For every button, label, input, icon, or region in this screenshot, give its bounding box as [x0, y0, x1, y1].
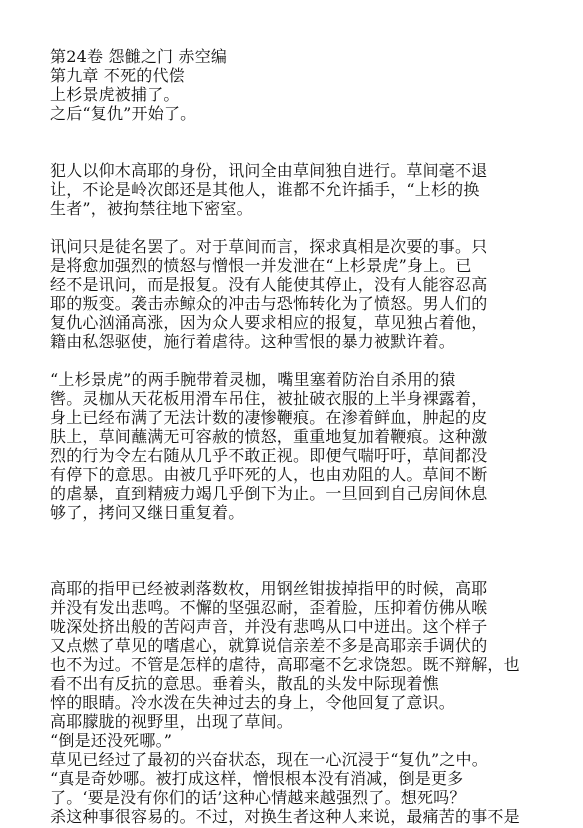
- text-line: 了。‘要是没有你们的话’这种心情越来越强烈了。想死吗？: [50, 788, 570, 807]
- text-line: 籍由私怨驱使，施行着虐待。这种雪恨的暴力被默许着。: [50, 332, 570, 351]
- text-line: 高耶朦胧的视野里，出现了草间。: [50, 712, 570, 731]
- text-line: 够了，拷问又继日重复着。: [50, 503, 570, 522]
- text-line: 犯人以仰木高耶的身份，讯问全由草间独自进行。草间毫不退: [50, 161, 570, 180]
- text-line: 经不是讯问，而是报复。没有人能使其停止，没有人能容忍高: [50, 275, 570, 294]
- text-line: 也不为过。不管是怎样的虐待，高耶毫不乞求饶恕。既不辩解，也: [50, 655, 570, 674]
- text-line: 耶的叛变。袭击赤鲸众的冲击与恐怖转化为了愤怒。男人们的: [50, 294, 570, 313]
- text-line: 辔。灵枷从天花板用滑车吊住，被扯破衣服的上半身裸露着，: [50, 389, 570, 408]
- spacer: [50, 218, 570, 237]
- text-line: 并没有发出悲鸣。不懈的坚强忍耐，歪着脸，压抑着仿佛从喉: [50, 598, 570, 617]
- text-line: 复仇心汹涌高涨，因为众人要求相应的报复，草见独占着他，: [50, 313, 570, 332]
- text-line: 让，不论是岭次郎还是其他人，谁都不允许插手，“上杉的换: [50, 180, 570, 199]
- text-line: 悴的眼睛。冷水泼在失神过去的身上，令他回复了意识。: [50, 693, 570, 712]
- intro-line: 上杉景虎被捕了。: [50, 85, 570, 104]
- text-line: 又点燃了草见的嗜虐心，就算说信亲差不多是高耶亲手调伏的: [50, 636, 570, 655]
- text-line: 烈的行为令左右随从几乎不敢正视。即便气喘吁吁，草间都没: [50, 446, 570, 465]
- intro-line: 之后“复仇”开始了。: [50, 104, 570, 123]
- paragraph-1: 犯人以仰木高耶的身份，讯问全由草间独自进行。草间毫不退 让，不论是岭次郎还是其他…: [50, 161, 570, 218]
- text-line: “上杉景虎”的两手腕带着灵枷，嘴里塞着防治自杀用的猿: [50, 370, 570, 389]
- text-line: 是将愈加强烈的愤怒与憎恨一并发泄在“上杉景虎”身上。已: [50, 256, 570, 275]
- spacer: [50, 123, 570, 161]
- text-line: 杀这种事很容易的。不过，对换生者这种人来说，最痛苦的事不是: [50, 807, 570, 826]
- chapter-title: 第九章 不死的代偿: [50, 66, 570, 85]
- text-line: 草见已经过了最初的兴奋状态，现在一心沉浸于“复仇”之中。: [50, 750, 570, 769]
- text-line: “真是奇妙哪。被打成这样，憎恨根本没有消减，倒是更多: [50, 769, 570, 788]
- text-line: 讯问只是徒名罢了。对于草间而言，探求真相是次要的事。只: [50, 237, 570, 256]
- text-line: 的虐暴，直到精疲力竭几乎倒下为止。一旦回到自己房间休息: [50, 484, 570, 503]
- paragraph-4: 高耶的指甲已经被剥落数枚，用钢丝钳拔掉指甲的时候，高耶 并没有发出悲鸣。不懈的坚…: [50, 579, 570, 826]
- text-line: “倒是还没死哪。”: [50, 731, 570, 750]
- text-line: 高耶的指甲已经被剥落数枚，用钢丝钳拔掉指甲的时候，高耶: [50, 579, 570, 598]
- text-line: 生者”，被拘禁往地下密室。: [50, 199, 570, 218]
- text-line: 有停下的意思。由被几乎吓死的人，也由劝阻的人。草间不断: [50, 465, 570, 484]
- document-page: 第24卷 怨雠之门 赤空编 第九章 不死的代偿 上杉景虎被捕了。 之后“复仇”开…: [50, 47, 570, 826]
- text-line: 咙深处挤出般的苦闷声音，并没有悲鸣从口中迸出。这个样子: [50, 617, 570, 636]
- volume-title: 第24卷 怨雠之门 赤空编: [50, 47, 570, 66]
- text-line: 看不出有反抗的意思。垂着头，散乱的头发中际现着憔: [50, 674, 570, 693]
- spacer: [50, 522, 570, 560]
- paragraph-3: “上杉景虎”的两手腕带着灵枷，嘴里塞着防治自杀用的猿 辔。灵枷从天花板用滑车吊住…: [50, 370, 570, 522]
- text-line: 身上已经布满了无法计数的凄惨鞭痕。在渗着鲜血，肿起的皮: [50, 408, 570, 427]
- spacer: [50, 560, 570, 579]
- text-line: 肤上，草间蘸满无可容赦的愤怒，重重地复加着鞭痕。这种激: [50, 427, 570, 446]
- paragraph-2: 讯问只是徒名罢了。对于草间而言，探求真相是次要的事。只 是将愈加强烈的愤怒与憎恨…: [50, 237, 570, 351]
- spacer: [50, 351, 570, 370]
